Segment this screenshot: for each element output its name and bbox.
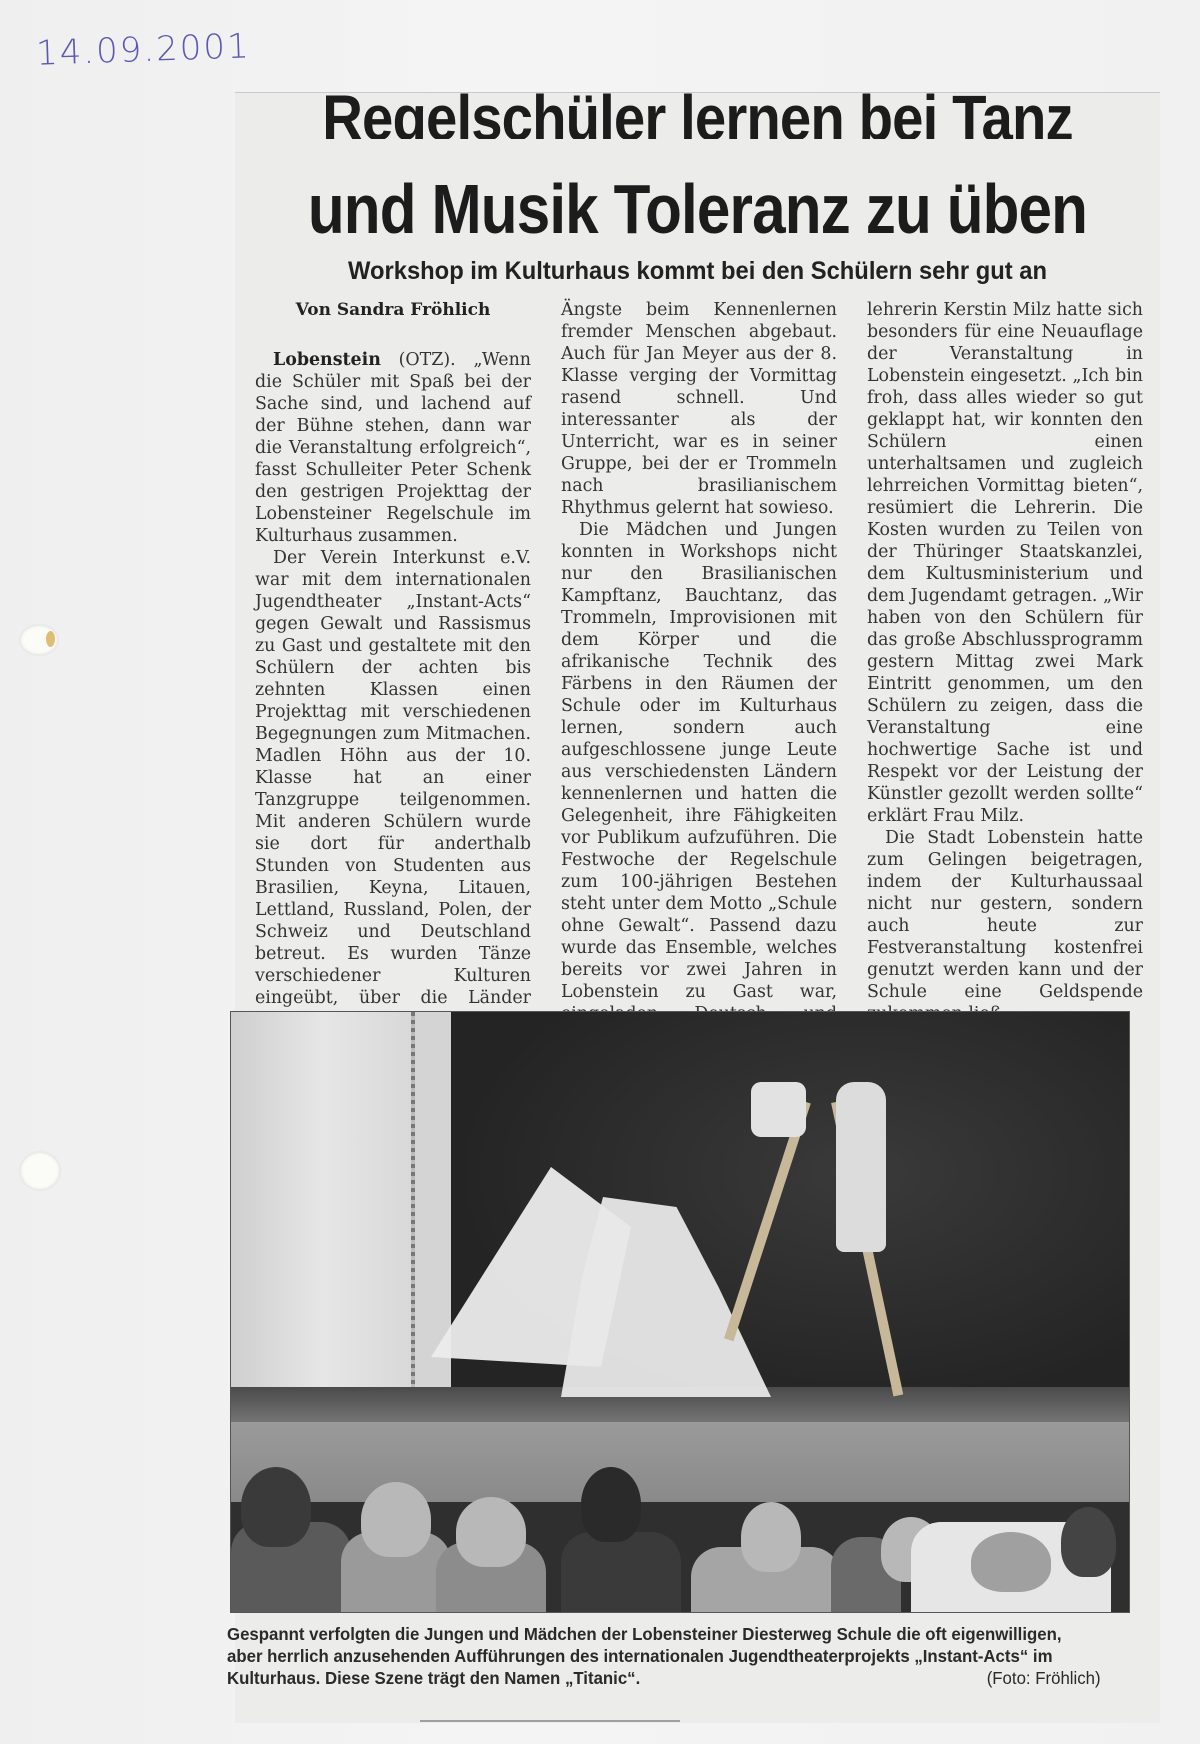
photo-credit: (Foto: Fröhlich)	[987, 1667, 1101, 1689]
article-column-1: Von Sandra Fröhlich Lobenstein (OTZ). „W…	[255, 299, 531, 1047]
paragraph: Ängste beim Kennenlernen fremder Mensche…	[561, 299, 837, 519]
audience-head	[581, 1467, 641, 1542]
newspaper-clipping: Regelschüler lernen bei Tanz und Musik T…	[235, 92, 1160, 1723]
paragraph: Die Mädchen und Jungen konnten in Worksh…	[561, 519, 837, 1047]
audience-head	[741, 1502, 801, 1572]
photo-performer	[836, 1082, 886, 1252]
clipping-bottom-edge-mark	[420, 1720, 680, 1722]
subheadline: Workshop im Kulturhaus kommt bei den Sch…	[258, 257, 1137, 286]
headline-line-1: Regelschüler lernen bei Tanz	[291, 81, 1105, 139]
byline: Von Sandra Fröhlich	[255, 299, 531, 321]
headline-line-2: und Musik Toleranz zu üben	[300, 169, 1096, 249]
audience-member	[561, 1532, 681, 1612]
article-photo	[230, 1011, 1130, 1613]
scanned-page: 14.09.2001 Regelschüler lernen bei Tanz …	[0, 0, 1200, 1744]
dateline: Lobenstein	[273, 350, 381, 370]
photo-audience	[231, 1462, 1129, 1612]
paragraph: Lobenstein (OTZ). „Wenn die Schüler mit …	[255, 349, 531, 547]
article-column-2: Ängste beim Kennenlernen fremder Mensche…	[561, 299, 837, 1047]
caption-text: Gespannt verfolgten die Jungen und Mädch…	[227, 1624, 1062, 1688]
punch-hole-top	[20, 625, 58, 655]
audience-head	[971, 1532, 1051, 1592]
audience-head	[1061, 1507, 1116, 1577]
audience-head	[456, 1497, 526, 1567]
audience-head	[361, 1482, 431, 1557]
article-body: Von Sandra Fröhlich Lobenstein (OTZ). „W…	[255, 299, 1145, 1047]
photo-curtain-panel	[415, 1012, 451, 1387]
paragraph: Die Stadt Lobenstein hatte zum Gelingen …	[867, 827, 1143, 1025]
photo-curtain	[231, 1012, 416, 1387]
photo-caption: Gespannt verfolgten die Jungen und Mädch…	[227, 1623, 1091, 1689]
audience-head	[241, 1467, 311, 1547]
photo-performer	[751, 1082, 806, 1137]
headline-line-1-text: Regelschüler lernen bei Tanz	[322, 81, 1073, 139]
article-column-3: lehrerin Kerstin Milz hatte sich besonde…	[867, 299, 1143, 1047]
paragraph-text: (OTZ). „Wenn die Schüler mit Spaß bei de…	[255, 350, 531, 546]
paragraph: Der Verein Interkunst e.V. war mit dem i…	[255, 547, 531, 1031]
handwritten-date: 14.09.2001	[35, 26, 251, 73]
paragraph: lehrerin Kerstin Milz hatte sich besonde…	[867, 299, 1143, 827]
punch-hole-bottom	[20, 1152, 60, 1190]
